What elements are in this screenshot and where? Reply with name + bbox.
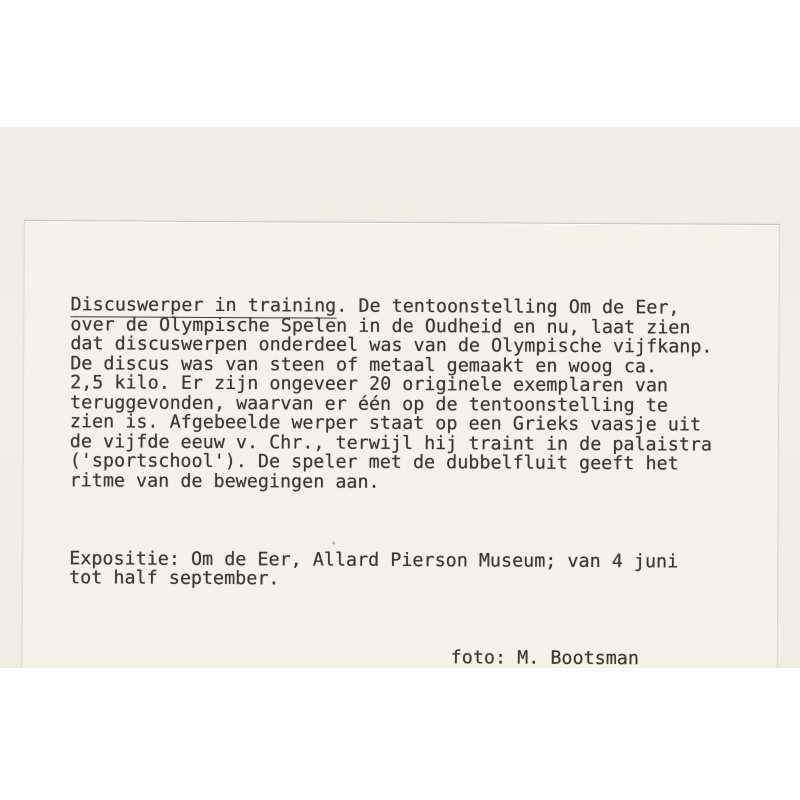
backing-sheet: Discuswerper in training. De tentoonstel…	[0, 127, 800, 668]
photo-credit: foto: M. Bootsman (vrij van rechten)	[451, 648, 651, 668]
typed-note-card: Discuswerper in training. De tentoonstel…	[22, 220, 780, 668]
scanned-page: Discuswerper in training. De tentoonstel…	[0, 0, 800, 800]
footer-row: Amsterdam, mei 1988 foto: M. Bootsman (v…	[69, 646, 777, 668]
paragraph-main-text: . De tentoonstelling Om de Eer, over de …	[70, 296, 713, 493]
paragraph-exposition: Expositie: Om de Eer, Allard Pierson Mus…	[69, 549, 777, 592]
dateline: Amsterdam, mei 1988	[179, 665, 389, 668]
paragraph-main: Discuswerper in training. De tentoonstel…	[70, 295, 779, 494]
scan-artifact-speck	[332, 542, 335, 545]
note-body: Discuswerper in training. De tentoonstel…	[22, 221, 779, 668]
